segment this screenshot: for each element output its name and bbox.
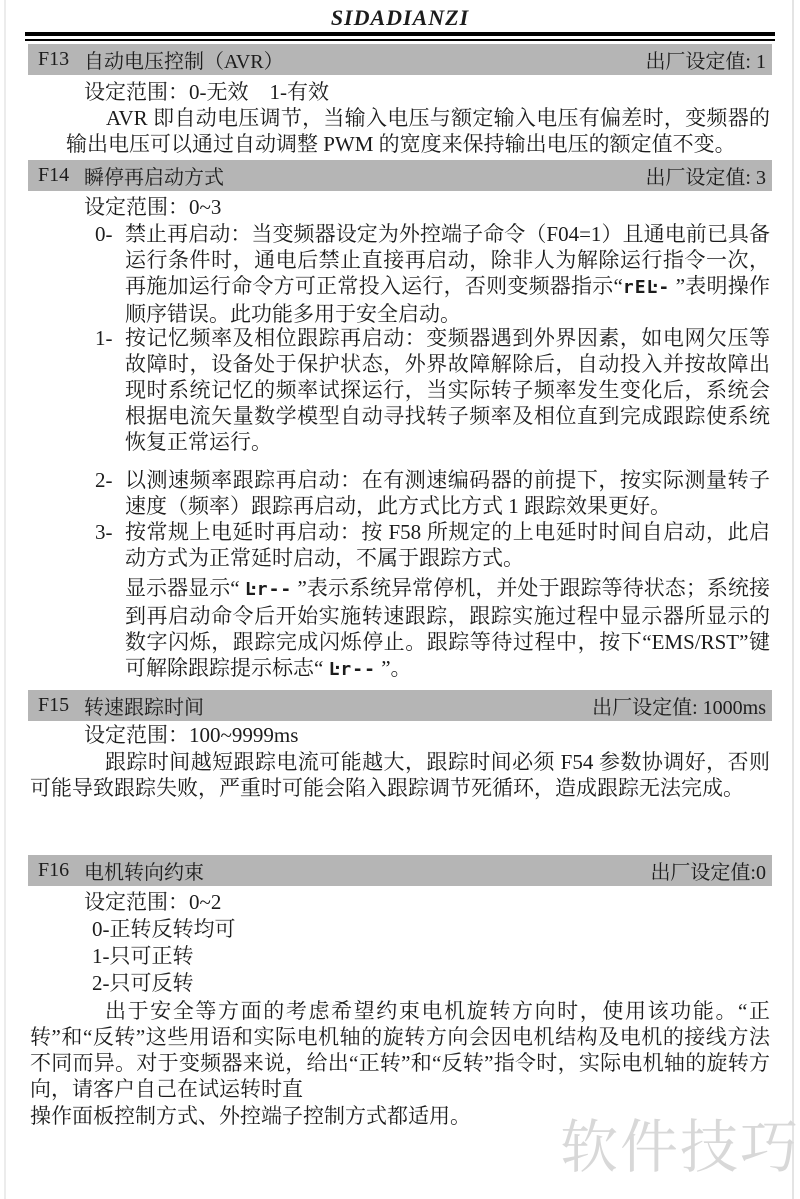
- led-display-code: rEĿ-: [623, 277, 670, 298]
- f14-option-1-marker: 1-: [95, 325, 125, 455]
- f16-default-value: 出厂设定值:0: [650, 856, 766, 885]
- f15-range: 设定范围：100~9999ms: [84, 722, 744, 748]
- f13-default-value: 出厂设定值: 1: [645, 45, 766, 74]
- f14-option-0: 0- 禁止再启动：当变频器设定为外控端子命令（F04=1）且通电前已具备运行条件…: [95, 221, 770, 327]
- led-display-code: Ŀr--: [329, 659, 376, 680]
- manual-page: SIDADIANZI F13 自动电压控制（AVR） 出厂设定值: 1 设定范围…: [0, 0, 800, 1199]
- scan-edge-right: [792, 0, 794, 1199]
- f16-title: 电机转向约束: [84, 856, 650, 885]
- f15-description: 跟踪时间越短跟踪电流可能越大，跟踪时间必须 F54 参数协调好，否则可能导致跟踪…: [30, 749, 770, 801]
- f14-title: 瞬停再启动方式: [84, 161, 645, 190]
- f13-description: AVR 即自动电压调节，当输入电压与额定输入电压有偏差时，变频器的输出电压可以通…: [66, 105, 770, 157]
- f16-option-2: 2-只可反转: [92, 970, 752, 996]
- f14-code: F14: [38, 164, 84, 187]
- f14-range: 设定范围：0~3: [84, 194, 744, 220]
- f14-option-0-text: 禁止再启动：当变频器设定为外控端子命令（F04=1）且通电前已具备运行条件时，通…: [125, 221, 770, 327]
- f13-header-bar: F13 自动电压控制（AVR） 出厂设定值: 1: [28, 44, 772, 75]
- f14-option-2-marker: 2-: [95, 467, 125, 519]
- f14-default-value: 出厂设定值: 3: [645, 161, 766, 190]
- led-display-code: Ŀr--: [245, 579, 292, 600]
- header-double-rule: [25, 32, 775, 41]
- f16-option-1: 1-只可正转: [92, 943, 752, 969]
- f14-option-0-marker: 0-: [95, 221, 125, 327]
- f14-option-2: 2- 以测速频率跟踪再启动：在有测速编码器的前提下，按实际测量转子速度（频率）跟…: [95, 467, 770, 519]
- f14-option-1: 1- 按记忆频率及相位跟踪再启动：变频器遇到外界因素，如电网欠压等故障时，设备处…: [95, 325, 770, 455]
- watermark-text: 软件技巧: [560, 1100, 800, 1184]
- f13-code: F13: [38, 48, 84, 71]
- f15-code: F15: [38, 694, 84, 717]
- page-header-brand: SIDADIANZI: [0, 5, 800, 31]
- f16-header-bar: F16 电机转向约束 出厂设定值:0: [28, 855, 772, 886]
- f16-option-0: 0-正转反转均可: [92, 916, 752, 942]
- f13-range: 设定范围：0-无效 1-有效: [84, 79, 744, 105]
- scan-edge-left: [4, 0, 6, 1199]
- f14-option-2-text: 以测速频率跟踪再启动：在有测速编码器的前提下，按实际测量转子速度（频率）跟踪再启…: [125, 467, 770, 519]
- f16-range: 设定范围：0~2: [84, 889, 744, 915]
- f14-header-bar: F14 瞬停再启动方式 出厂设定值: 3: [28, 160, 772, 191]
- f16-code: F16: [38, 859, 84, 882]
- f14-option-1-text: 按记忆频率及相位跟踪再启动：变频器遇到外界因素，如电网欠压等故障时，设备处于保护…: [125, 325, 770, 455]
- f14-option-3-text: 按常规上电延时再启动：按 F58 所规定的上电延时时间自启动，此启动方式为正常延…: [125, 519, 770, 571]
- f16-description: 出于安全等方面的考虑希望约束电机旋转方向时，使用该功能。“正转”和“反转”这些用…: [30, 998, 770, 1102]
- f15-title: 转速跟踪时间: [84, 691, 592, 720]
- f15-header-bar: F15 转速跟踪时间 出厂设定值: 1000ms: [28, 690, 772, 721]
- f14-option-3-marker: 3-: [95, 519, 125, 571]
- f13-title: 自动电压控制（AVR）: [84, 45, 645, 74]
- f15-default-value: 出厂设定值: 1000ms: [592, 691, 766, 720]
- f14-display-note: 显示器显示“ Ŀr-- ”表示系统异常停机，并处于跟踪等待状态；系统接到再启动命…: [125, 575, 770, 683]
- f14-option-3: 3- 按常规上电延时再启动：按 F58 所规定的上电延时时间自启动，此启动方式为…: [95, 519, 770, 571]
